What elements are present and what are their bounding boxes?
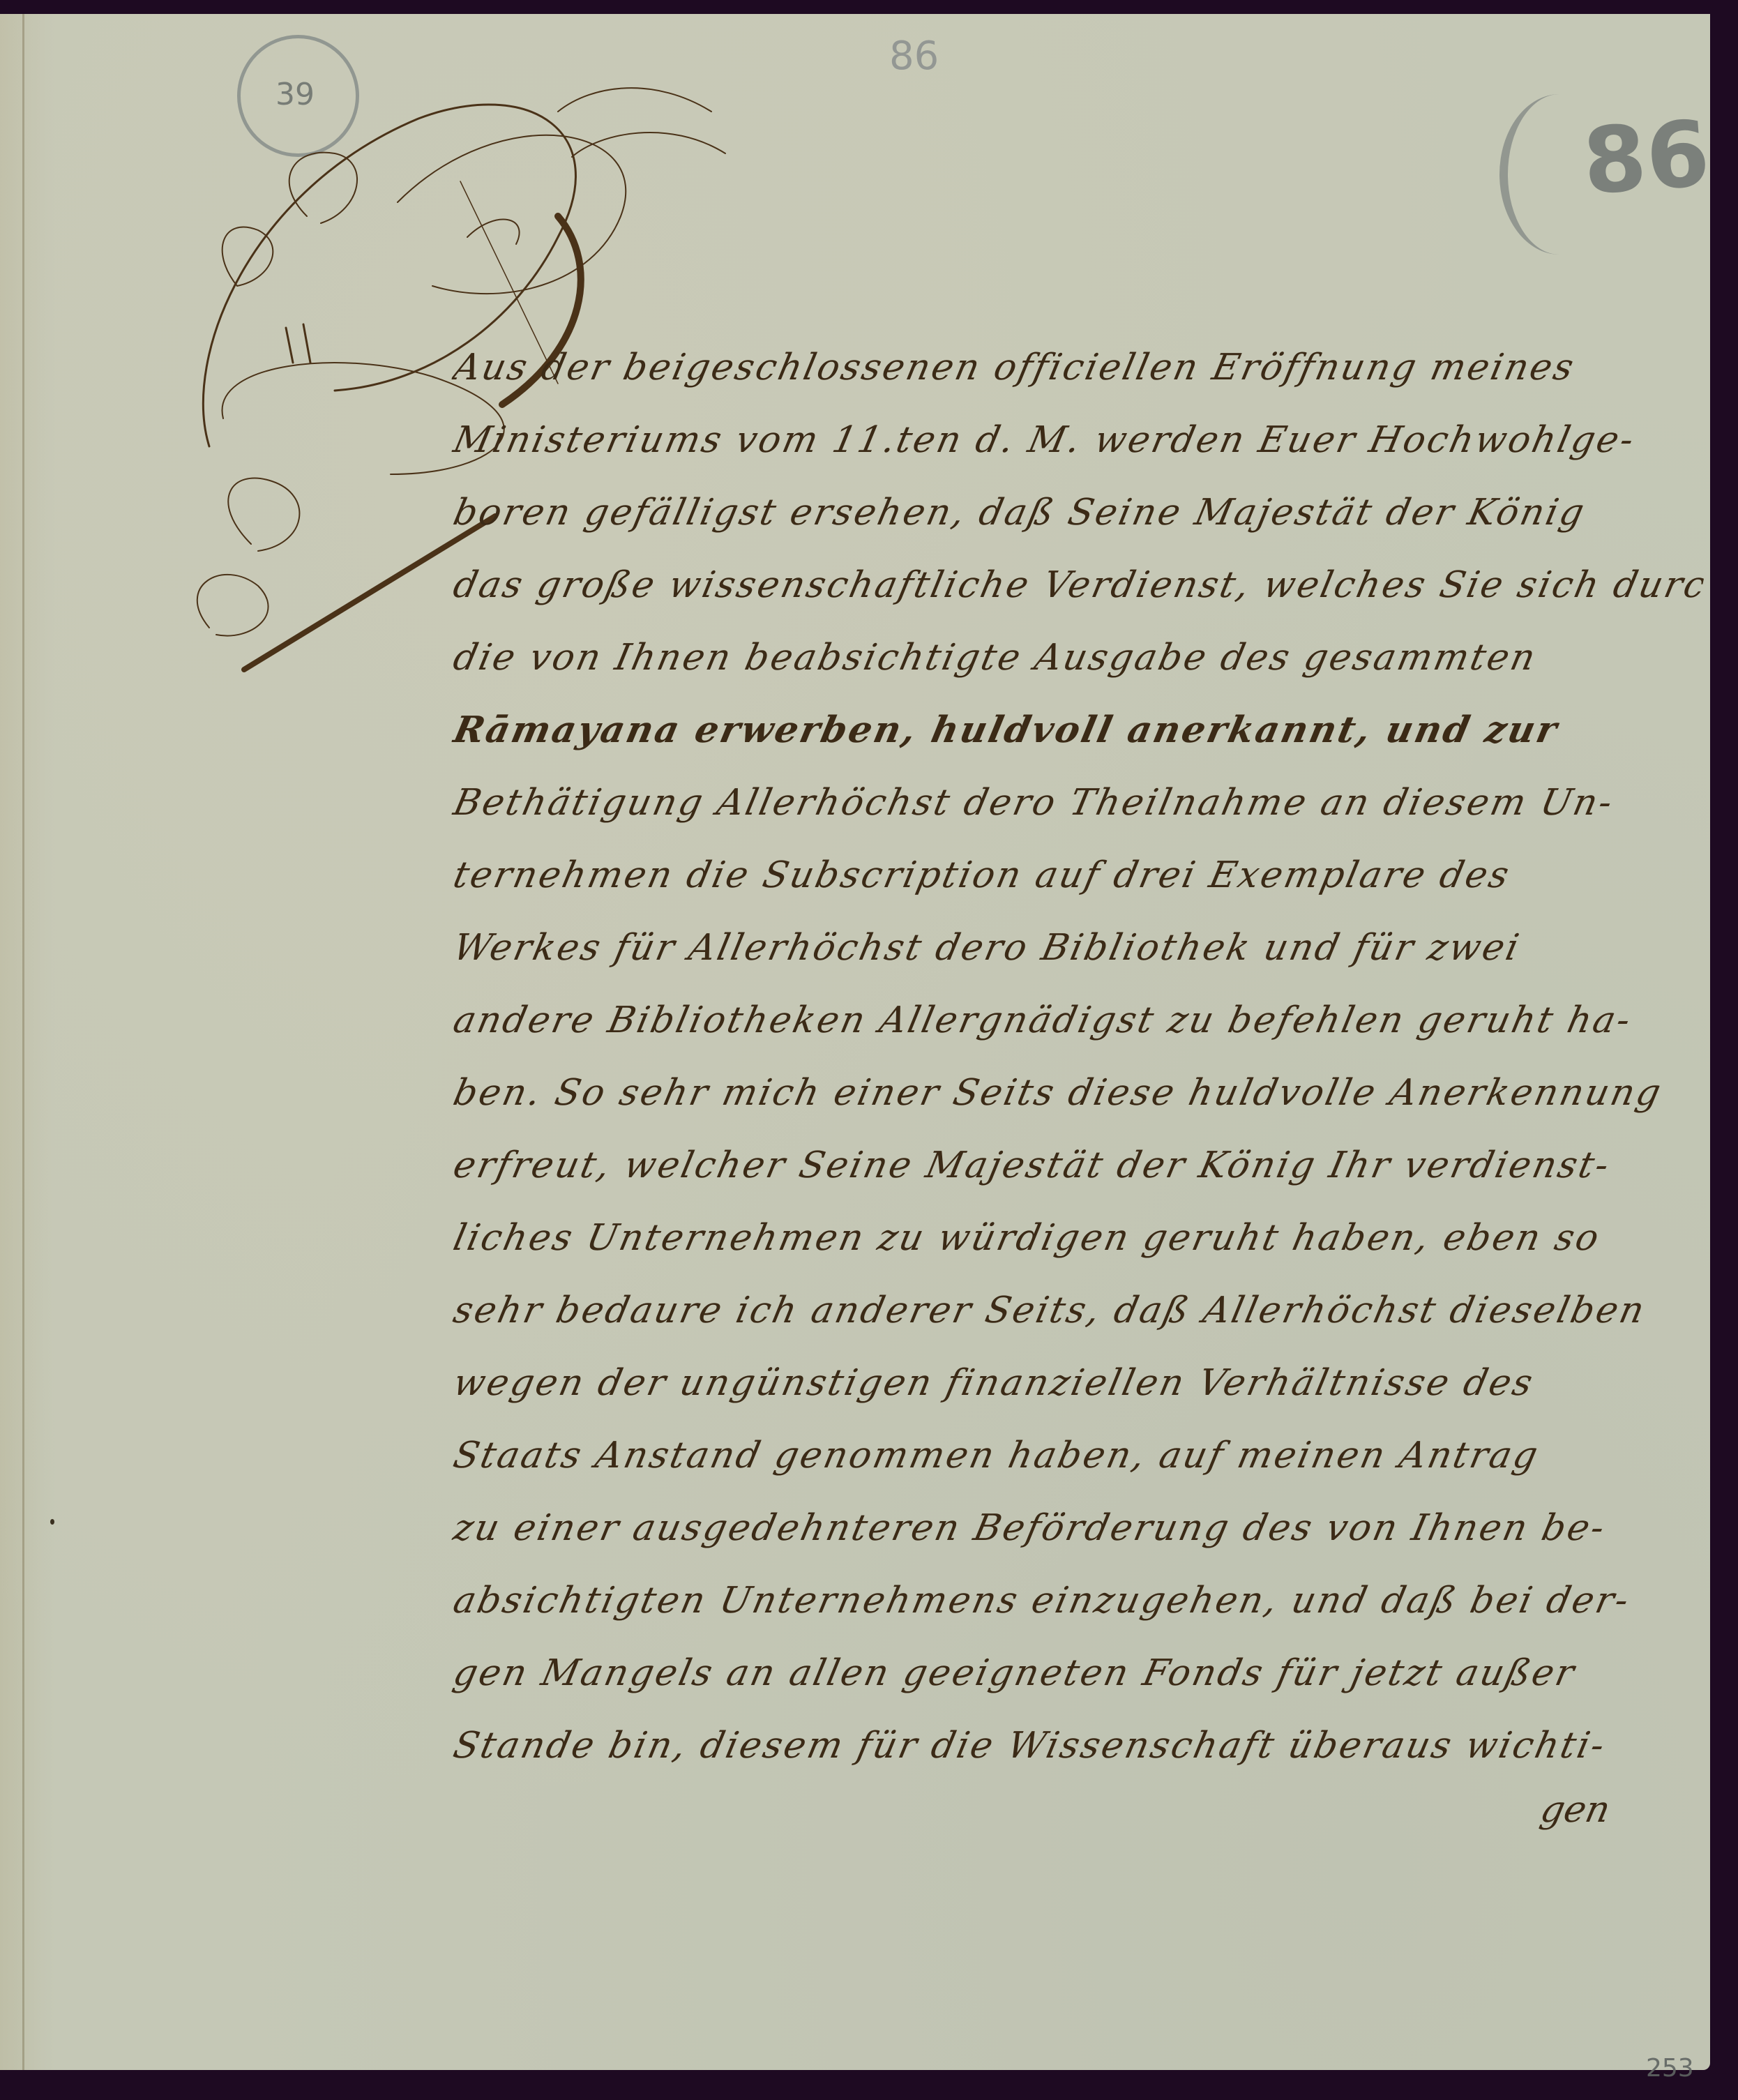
- fold-line: [22, 14, 24, 2070]
- letter-line: Ministeriums vom 11.ten d. M. werden Eue…: [446, 404, 1710, 476]
- letter-line: andere Bibliotheken Allergnädigst zu bef…: [446, 984, 1710, 1057]
- letter-line: liches Unternehmen zu würdigen geruht ha…: [446, 1202, 1710, 1274]
- catchword: gen: [1537, 1789, 1614, 1831]
- letter-line: Stande bin, diesem für die Wissenschaft …: [446, 1709, 1710, 1782]
- folio-number-right: 86: [1580, 100, 1713, 215]
- letter-line: gen Mangels an allen geeigneten Fonds fü…: [446, 1637, 1710, 1709]
- letter-line: sehr bedaure ich anderer Seits, daß Alle…: [446, 1274, 1710, 1347]
- letter-line: Bethätigung Allerhöchst dero Theilnahme …: [446, 766, 1710, 839]
- folio-number-bottom: 253: [1646, 2054, 1694, 2083]
- letter-line: Rāmayana erwerben, huldvoll anerkannt, u…: [446, 694, 1710, 766]
- letter-line: wegen der ungünstigen finanziellen Verhä…: [446, 1347, 1710, 1419]
- letter-line: ternehmen die Subscription auf drei Exem…: [446, 839, 1710, 912]
- letter-body: Aus der beigeschlossenen officiellen Erö…: [446, 331, 1695, 1782]
- document-scan: 39 86 86 Aus der beigesc: [0, 0, 1738, 2100]
- letter-line: ben. So sehr mich einer Seits diese huld…: [446, 1057, 1710, 1129]
- letter-line: boren gefälligst ersehen, daß Seine Maje…: [446, 476, 1710, 549]
- letter-line: Staats Anstand genommen haben, auf meine…: [446, 1419, 1710, 1492]
- ink-speck: [50, 1519, 54, 1525]
- letter-line: Werkes für Allerhöchst dero Bibliothek u…: [446, 912, 1710, 984]
- letter-line: absichtigten Unternehmens einzugehen, un…: [446, 1564, 1710, 1637]
- letter-line: erfreut, welcher Seine Majestät der Köni…: [446, 1129, 1710, 1202]
- letter-line: die von Ihnen beabsichtigte Ausgabe des …: [446, 621, 1710, 694]
- letter-line: das große wissenschaftliche Verdienst, w…: [446, 549, 1710, 621]
- paper-page: 39 86 86 Aus der beigesc: [0, 14, 1710, 2070]
- letter-line: Aus der beigeschlossenen officiellen Erö…: [446, 331, 1710, 404]
- letter-line: zu einer ausgedehnteren Beförderung des …: [446, 1492, 1710, 1564]
- folio-number-top: 86: [889, 33, 939, 79]
